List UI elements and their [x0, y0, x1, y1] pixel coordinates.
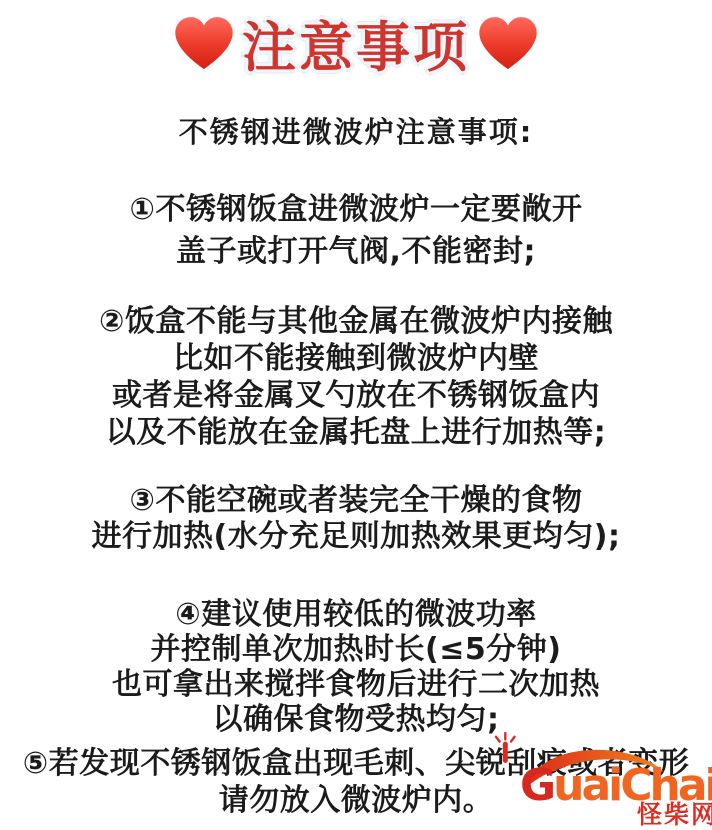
notice-line: 并控制单次加热时长(≤5分钟) — [0, 632, 712, 667]
page-title: 注意事项 — [0, 0, 712, 80]
heart-icon-left — [174, 16, 234, 70]
heart-icon-right — [478, 16, 538, 70]
page-title-text: 注意事项 — [242, 5, 470, 82]
notice-page: 注意事项 不锈钢进微波炉注意事项: ①不锈钢饭盒进微波炉一定要敞开 盖子或打开气… — [0, 0, 712, 830]
notice-line: ④建议使用较低的微波功率 — [0, 597, 712, 632]
notice-line: 以及不能放在金属托盘上进行加热等; — [0, 414, 712, 451]
point-4: ④建议使用较低的微波功率 并控制单次加热时长(≤5分钟) 也可拿出来搅拌食物后进… — [0, 597, 712, 737]
notice-line: 或者是将金属叉勺放在不锈钢饭盒内 — [0, 377, 712, 414]
notice-line: 盖子或打开气阀,不能密封; — [0, 231, 712, 273]
notice-line: 进行加热(水分充足则加热效果更均匀); — [0, 519, 712, 555]
site-name: 怪柴网 — [637, 802, 712, 827]
notice-line: 也可拿出来搅拌食物后进行二次加热 — [0, 667, 712, 702]
guaichai-logo: GuaiChai 怪柴网 — [462, 732, 712, 830]
notice-line: ③不能空碗或者装完全干燥的食物 — [0, 483, 712, 519]
point-3: ③不能空碗或者装完全干燥的食物 进行加热(水分充足则加热效果更均匀); — [0, 483, 712, 555]
match-spark-icon — [492, 732, 518, 764]
point-2: ②饭盒不能与其他金属在微波炉内接触 比如不能接触到微波炉内壁 或者是将金属叉勺放… — [0, 303, 712, 451]
notice-line: ②饭盒不能与其他金属在微波炉内接触 — [0, 303, 712, 340]
notice-line: 比如不能接触到微波炉内壁 — [0, 340, 712, 377]
point-1: ①不锈钢饭盒进微波炉一定要敞开 盖子或打开气阀,不能密封; — [0, 189, 712, 273]
notice-line: ①不锈钢饭盒进微波炉一定要敞开 — [0, 189, 712, 231]
brand-first-letter: G — [520, 760, 553, 811]
subtitle: 不锈钢进微波炉注意事项: — [0, 110, 712, 151]
